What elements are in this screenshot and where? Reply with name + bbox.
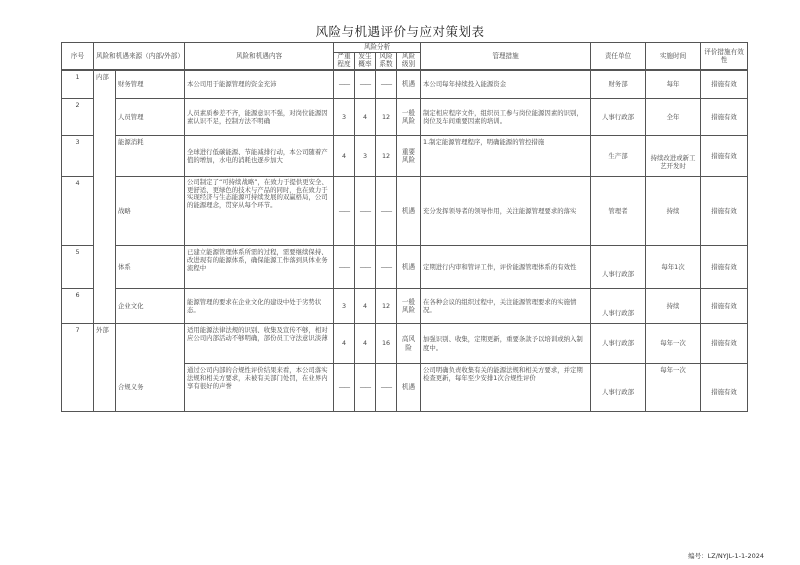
cell-effectiveness: 措施有效 bbox=[701, 99, 748, 136]
cell-time: 每年 bbox=[646, 70, 701, 99]
table-row: 5 体系 已建立能源管理体系所需的过程，需要继续保持、改进现有的能源体系，确保能… bbox=[62, 246, 748, 289]
header-probability: 发生概率 bbox=[355, 53, 376, 70]
header-coefficient: 风险系数 bbox=[376, 53, 397, 70]
cell-measures: 充分发挥领导者的领导作用，关注能源管理要求的落实 bbox=[421, 177, 591, 246]
source-group-internal: 内部 bbox=[94, 70, 116, 324]
header-risk-analysis: 风险分析 bbox=[334, 43, 421, 53]
cell-time: 全年 bbox=[646, 99, 701, 136]
cell-level: 机遇 bbox=[397, 364, 421, 412]
cell-responsible: 人事行政部 bbox=[591, 324, 646, 364]
header-measures: 管理措施 bbox=[421, 43, 591, 70]
cell-probability: —— bbox=[355, 70, 376, 99]
cell-category: 人员管理 bbox=[116, 99, 185, 136]
cell-seq: 3 bbox=[62, 136, 94, 177]
cell-level: 机遇 bbox=[397, 177, 421, 246]
cell-coefficient: —— bbox=[376, 246, 397, 289]
cell-probability: —— bbox=[355, 177, 376, 246]
cell-effectiveness: 措施有效 bbox=[701, 324, 748, 364]
cell-level: 高风险 bbox=[397, 324, 421, 364]
cell-probability: 3 bbox=[355, 136, 376, 177]
cell-coefficient: 12 bbox=[376, 99, 397, 136]
cell-time: 持续改进或新工艺开发时 bbox=[646, 136, 701, 177]
header-seq: 序号 bbox=[62, 43, 94, 70]
cell-time: 每年一次 bbox=[646, 364, 701, 412]
cell-category: 战略 bbox=[116, 177, 185, 246]
source-group-external: 外部 bbox=[94, 324, 116, 412]
document-title: 风险与机遇评价与应对策划表 bbox=[0, 22, 800, 40]
cell-measures: 定期进行内审和管评工作，评价能源管理体系的有效性 bbox=[421, 246, 591, 289]
cell-content: 通过公司内部的合规性评价结果来看，本公司落实法规和相关方要求，未被有关部门处罚，… bbox=[185, 364, 334, 412]
cell-responsible: 人事行政部 bbox=[591, 364, 646, 412]
cell-severity: —— bbox=[334, 246, 355, 289]
cell-time: 每年一次 bbox=[646, 324, 701, 364]
risk-opportunity-table: 序号 风险和机遇来源（内部/外部） 风险和机遇内容 风险分析 管理措施 责任单位… bbox=[61, 42, 748, 412]
cell-coefficient: 16 bbox=[376, 324, 397, 364]
cell-measures: 加强识别、收集，定期更新，重要条款予以培训或纳入制度中。 bbox=[421, 324, 591, 364]
table-row: 4 战略 公司制定了“可持续战略”，在致力于提供更安全、更舒适、更绿色的技术与产… bbox=[62, 177, 748, 246]
cell-severity: 4 bbox=[334, 324, 355, 364]
cell-content: 全球进行低碳能源、节能减排行动，本公司随着产值的增加，水电的消耗也逐步加大 bbox=[185, 136, 334, 177]
cell-probability: 4 bbox=[355, 289, 376, 324]
cell-responsible: 财务部 bbox=[591, 70, 646, 99]
cell-time: 每年1次 bbox=[646, 246, 701, 289]
cell-measures: 1.制定能源管理程序，明确能源的管控措施 bbox=[421, 136, 591, 177]
cell-seq: 7 bbox=[62, 324, 94, 412]
cell-measures: 公司明确负责收集有关的能源法规和相关方要求，并定期检查更新，每年至少安排1次合规… bbox=[421, 364, 591, 412]
cell-measures: 制定相应程序文件，组织员工参与岗位能源因素的识别，岗位及车间重要因素的培训。 bbox=[421, 99, 591, 136]
cell-content: 人员素质参差不齐，能源意识不强，对岗位能源因素认识不足，控制方法不明确 bbox=[185, 99, 334, 136]
cell-probability: —— bbox=[355, 364, 376, 412]
table-row: 2 人员管理 人员素质参差不齐，能源意识不强，对岗位能源因素认识不足，控制方法不… bbox=[62, 99, 748, 136]
cell-severity: —— bbox=[334, 70, 355, 99]
cell-effectiveness: 措施有效 bbox=[701, 136, 748, 177]
header-content: 风险和机遇内容 bbox=[185, 43, 334, 70]
cell-effectiveness: 措施有效 bbox=[701, 289, 748, 324]
cell-effectiveness: 措施有效 bbox=[701, 246, 748, 289]
cell-level: 一般风险 bbox=[397, 289, 421, 324]
cell-category: 体系 bbox=[116, 246, 185, 289]
cell-level: 机遇 bbox=[397, 246, 421, 289]
cell-probability: 4 bbox=[355, 99, 376, 136]
cell-measures: 本公司每年持续投入能源资金 bbox=[421, 70, 591, 99]
cell-seq: 2 bbox=[62, 99, 94, 136]
cell-level: 一般风险 bbox=[397, 99, 421, 136]
header-responsible: 责任单位 bbox=[591, 43, 646, 70]
table-row: 7 外部 合规义务 适用能源法律法规的识别、收集及宣传不够，相对应公司内部活动不… bbox=[62, 324, 748, 364]
header-implementation-time: 实施时间 bbox=[646, 43, 701, 70]
cell-responsible: 生产部 bbox=[591, 136, 646, 177]
cell-probability: 4 bbox=[355, 324, 376, 364]
cell-measures: 在各种会议的组织过程中，关注能源管理要求的实施情况。 bbox=[421, 289, 591, 324]
cell-responsible: 管理者 bbox=[591, 177, 646, 246]
cell-coefficient: 12 bbox=[376, 136, 397, 177]
cell-effectiveness: 措施有效 bbox=[701, 364, 748, 412]
cell-severity: 4 bbox=[334, 136, 355, 177]
cell-coefficient: —— bbox=[376, 177, 397, 246]
cell-coefficient: —— bbox=[376, 364, 397, 412]
cell-responsible: 人事行政部 bbox=[591, 289, 646, 324]
cell-seq: 6 bbox=[62, 289, 94, 324]
cell-severity: —— bbox=[334, 177, 355, 246]
cell-severity: 3 bbox=[334, 99, 355, 136]
cell-effectiveness: 措施有效 bbox=[701, 70, 748, 99]
cell-category: 财务管理 bbox=[116, 70, 185, 99]
header-source: 风险和机遇来源（内部/外部） bbox=[94, 43, 185, 70]
cell-seq: 1 bbox=[62, 70, 94, 99]
cell-content: 能源管理的要求在企业文化的建设中处于劣势状态。 bbox=[185, 289, 334, 324]
cell-severity: 3 bbox=[334, 289, 355, 324]
cell-content: 已建立能源管理体系所需的过程，需要继续保持、改进现有的能源体系，确保能源工作落到… bbox=[185, 246, 334, 289]
cell-coefficient: —— bbox=[376, 70, 397, 99]
cell-responsible: 人事行政部 bbox=[591, 246, 646, 289]
cell-seq: 5 bbox=[62, 246, 94, 289]
cell-responsible: 人事行政部 bbox=[591, 99, 646, 136]
cell-content: 适用能源法律法规的识别、收集及宣传不够，相对应公司内部活动不够明确，部份员工守法… bbox=[185, 324, 334, 364]
cell-category: 企业文化 bbox=[116, 289, 185, 324]
table-row: 6 企业文化 能源管理的要求在企业文化的建设中处于劣势状态。 3 4 12 一般… bbox=[62, 289, 748, 324]
cell-level: 重要风险 bbox=[397, 136, 421, 177]
table-row: 3 能源消耗 全球进行低碳能源、节能减排行动，本公司随着产值的增加，水电的消耗也… bbox=[62, 136, 748, 177]
cell-effectiveness: 措施有效 bbox=[701, 177, 748, 246]
cell-content: 公司制定了“可持续战略”，在致力于提供更安全、更舒适、更绿色的技术与产品的同时，… bbox=[185, 177, 334, 246]
cell-level: 机遇 bbox=[397, 70, 421, 99]
cell-content: 本公司用于能源管理的资金充沛 bbox=[185, 70, 334, 99]
cell-seq: 4 bbox=[62, 177, 94, 246]
cell-coefficient: 12 bbox=[376, 289, 397, 324]
table-row: 1 内部 财务管理 本公司用于能源管理的资金充沛 —— —— —— 机遇 本公司… bbox=[62, 70, 748, 99]
cell-category: 能源消耗 bbox=[116, 136, 185, 177]
header-effectiveness: 评价措施有效性 bbox=[701, 43, 748, 70]
cell-probability: —— bbox=[355, 246, 376, 289]
cell-time: 持续 bbox=[646, 289, 701, 324]
document-code: 编号：LZ/NYJL-1-1-2024 bbox=[688, 551, 764, 560]
cell-severity: —— bbox=[334, 364, 355, 412]
cell-category: 合规义务 bbox=[116, 324, 185, 412]
header-level: 风险级别 bbox=[397, 53, 421, 70]
cell-time: 持续 bbox=[646, 177, 701, 246]
header-severity: 严重程度 bbox=[334, 53, 355, 70]
